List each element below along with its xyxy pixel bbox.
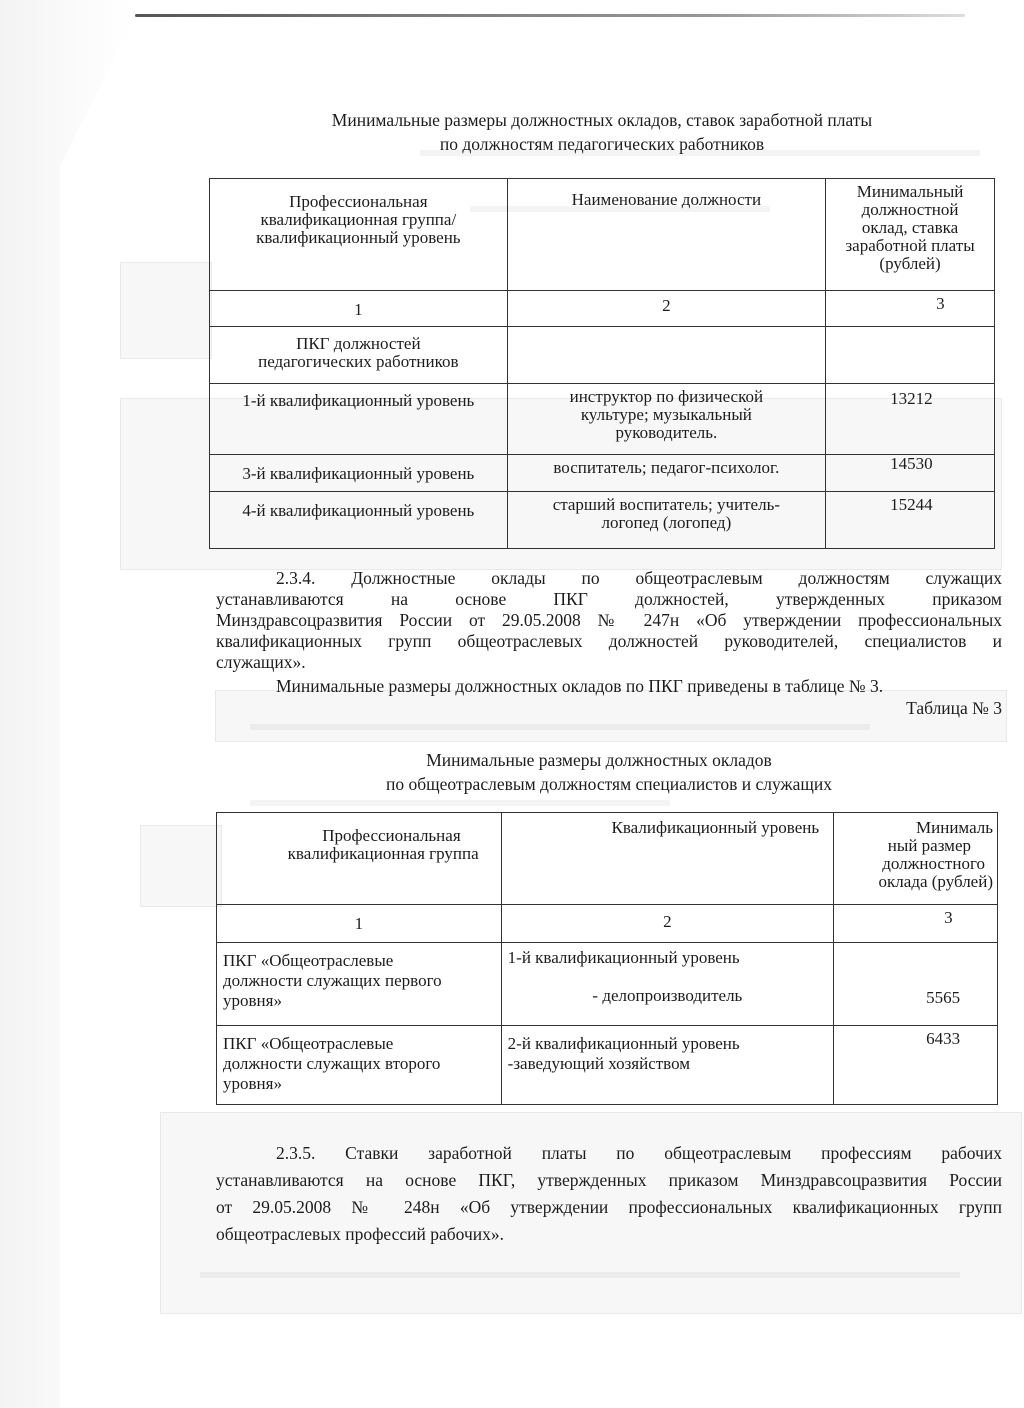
header-line: оклада (рублей) bbox=[840, 873, 993, 891]
header-line: заработной платы bbox=[832, 237, 988, 255]
salary-value: 14530 bbox=[826, 455, 994, 476]
position-name: руководитель. bbox=[514, 424, 819, 442]
header-line: квалификационная группа bbox=[223, 845, 479, 863]
paragraph-line: служащих». bbox=[216, 652, 1002, 673]
group-name: должности служащих первого bbox=[223, 971, 495, 991]
paragraph-line: 2.3.4. Должностные оклады по общеотрасле… bbox=[216, 568, 1002, 589]
bleed-through bbox=[140, 825, 222, 907]
qualification-level: 1-й квалификационный уровень bbox=[508, 949, 827, 967]
group-name: педагогических работников bbox=[216, 353, 501, 371]
group-name: уровня» bbox=[223, 991, 495, 1011]
table1-number-row: 1 2 3 bbox=[210, 291, 995, 327]
header-line: Профессиональная bbox=[223, 827, 461, 845]
table1-header-group: Профессиональная квалификационная группа… bbox=[210, 179, 508, 291]
table-row: ПКГ «Общеотраслевые должности служащих п… bbox=[217, 943, 998, 1026]
bleed-through bbox=[250, 724, 870, 730]
table3-number-row: 1 2 3 bbox=[217, 905, 998, 943]
table1-header-row: Профессиональная квалификационная группа… bbox=[210, 179, 995, 291]
salary-value: 13212 bbox=[826, 384, 994, 411]
position-name: культуре; музыкальный bbox=[514, 406, 819, 424]
header-line: квалификационный уровень bbox=[216, 229, 501, 247]
page-edge bbox=[135, 14, 965, 17]
table3-header-group: Профессиональная квалификационная группа bbox=[217, 813, 502, 905]
paragraph-line: устанавливаются на основе ПКГ должностей… bbox=[216, 589, 1002, 610]
position-name: инструктор по физической bbox=[514, 388, 819, 406]
header-line: Минималь bbox=[840, 819, 993, 837]
column-number: 1 bbox=[210, 291, 507, 322]
bleed-through bbox=[200, 1272, 960, 1278]
paragraph-line: устанавливаются на основе ПКГ, утвержден… bbox=[216, 1167, 1002, 1194]
header-line: ный размер bbox=[840, 837, 993, 855]
salary-value: 6433 bbox=[834, 1026, 997, 1051]
table-row: 3-й квалификационный уровень воспитатель… bbox=[210, 455, 995, 492]
table3-title-line2: по общеотраслевым должностям специалисто… bbox=[216, 774, 1002, 795]
header-line: (рублей) bbox=[832, 255, 988, 273]
position-name: -заведующий хозяйством bbox=[508, 1054, 827, 1074]
position-name: - делопроизводитель bbox=[508, 987, 827, 1005]
paragraph-line: от 29.05.2008 № 248н «Об утверждении про… bbox=[216, 1194, 1002, 1221]
position-name: воспитатель; педагог-психолог. bbox=[508, 455, 825, 480]
header-line: Профессиональная bbox=[216, 193, 501, 211]
paragraph-line: Минздравсоцразвития России от 29.05.2008… bbox=[216, 610, 1002, 631]
position-name: логопед (логопед) bbox=[514, 514, 819, 532]
table3-title: Минимальные размеры должностных окладов … bbox=[216, 750, 1002, 795]
table3-header-salary: Минималь ный размер должностного оклада … bbox=[834, 813, 998, 905]
table3-title-line1: Минимальные размеры должностных окладов bbox=[216, 750, 1002, 771]
group-name: ПКГ «Общеотраслевые bbox=[223, 951, 495, 971]
header-line: должностного bbox=[840, 855, 993, 873]
table-row: 1-й квалификационный уровень инструктор … bbox=[210, 384, 995, 455]
salary-value: 15244 bbox=[826, 492, 994, 517]
qualification-level: 1-й квалификационный уровень bbox=[210, 384, 507, 413]
group-name: ПКГ должностей bbox=[216, 335, 501, 353]
table1-header-position: Наименование должности bbox=[507, 179, 825, 291]
table3-label: Таблица № 3 bbox=[700, 698, 1002, 719]
qualification-level: 4-й квалификационный уровень bbox=[210, 492, 507, 523]
group-name: ПКГ «Общеотраслевые bbox=[223, 1034, 495, 1054]
header-line: должностной bbox=[832, 201, 988, 219]
table3-header-level: Квалификационный уровень bbox=[501, 813, 833, 905]
table1-title-line2: по должностям педагогических работников bbox=[209, 134, 995, 155]
header-line: квалификационная группа/ bbox=[216, 211, 501, 229]
table-row: ПКГ «Общеотраслевые должности служащих в… bbox=[217, 1026, 998, 1105]
paragraph-line: Минимальные размеры должностных окладов … bbox=[276, 676, 1006, 697]
table-general-staff-salaries: Профессиональная квалификационная группа… bbox=[216, 812, 998, 1105]
table3-reference-note: Минимальные размеры должностных окладов … bbox=[276, 676, 1006, 697]
table3-header-row: Профессиональная квалификационная группа… bbox=[217, 813, 998, 905]
header-line: Наименование должности bbox=[508, 179, 825, 212]
header-line: оклад, ставка bbox=[832, 219, 988, 237]
qualification-level: 2-й квалификационный уровень bbox=[508, 1034, 827, 1054]
bleed-through bbox=[120, 262, 212, 359]
table-pedagogical-salaries: Профессиональная квалификационная группа… bbox=[209, 178, 995, 549]
column-number: 2 bbox=[508, 291, 825, 318]
column-number: 3 bbox=[826, 291, 994, 316]
header-line: Квалификационный уровень bbox=[502, 813, 833, 840]
bleed-through bbox=[250, 800, 670, 806]
salary-value: 5565 bbox=[834, 943, 997, 1010]
section-2-3-5: 2.3.5. Ставки заработной платы по общеот… bbox=[216, 1140, 1002, 1248]
column-number: 3 bbox=[834, 905, 997, 930]
header-line: Минимальный bbox=[832, 183, 988, 201]
table1-title: Минимальные размеры должностных окладов,… bbox=[209, 110, 995, 155]
section-2-3-4: 2.3.4. Должностные оклады по общеотрасле… bbox=[216, 568, 1002, 673]
table-row: 4-й квалификационный уровень старший вос… bbox=[210, 492, 995, 549]
column-number: 2 bbox=[502, 905, 833, 934]
table1-group-row: ПКГ должностей педагогических работников bbox=[210, 327, 995, 384]
position-name: старший воспитатель; учитель- bbox=[514, 496, 819, 514]
qualification-level: 3-й квалификационный уровень bbox=[210, 455, 507, 486]
group-name: должности служащих второго bbox=[223, 1054, 495, 1074]
table1-title-line1: Минимальные размеры должностных окладов,… bbox=[209, 110, 995, 131]
paragraph-line: общеотраслевых профессий рабочих». bbox=[216, 1221, 1002, 1248]
group-name: уровня» bbox=[223, 1074, 495, 1094]
column-number: 1 bbox=[217, 905, 501, 936]
table1-header-salary: Минимальный должностной оклад, ставка за… bbox=[826, 179, 995, 291]
paragraph-line: 2.3.5. Ставки заработной платы по общеот… bbox=[216, 1140, 1002, 1167]
paragraph-line: квалификационных групп общеотраслевых до… bbox=[216, 631, 1002, 652]
